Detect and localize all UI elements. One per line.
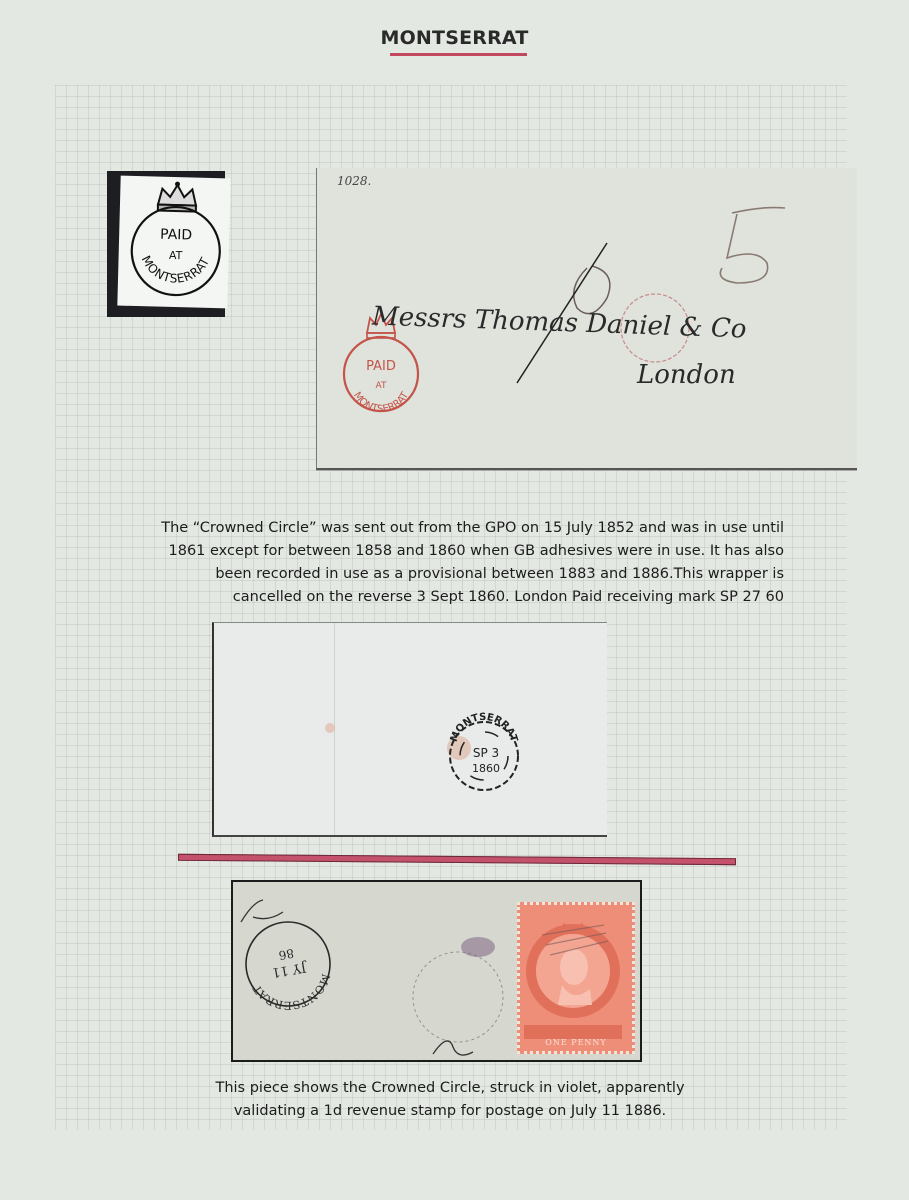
svg-text:1860: 1860 bbox=[472, 762, 500, 775]
description-line: 1861 except for between 1858 and 1860 wh… bbox=[130, 540, 784, 563]
cutout-paper: PAID AT MONTSERRAT bbox=[117, 176, 230, 309]
description-line: cancelled on the reverse 3 Sept 1860. Lo… bbox=[130, 586, 784, 609]
svg-text:PAID: PAID bbox=[160, 227, 192, 244]
cover-back: MONTSERRAT SP 3 1860 bbox=[212, 622, 607, 837]
svg-text:SP 3: SP 3 bbox=[473, 746, 499, 760]
description-text: The “Crowned Circle” was sent out from t… bbox=[130, 517, 784, 609]
crowned-circle-cutout: PAID AT MONTSERRAT bbox=[107, 171, 225, 317]
queen-victoria-portrait bbox=[520, 905, 626, 1045]
svg-text:PAID: PAID bbox=[366, 359, 396, 374]
description-line: been recorded in use as a provisional be… bbox=[130, 563, 784, 586]
revenue-stamp: ONE PENNY bbox=[517, 902, 635, 1054]
svg-text:AT: AT bbox=[376, 381, 387, 391]
address-line-2: London bbox=[637, 360, 736, 390]
svg-text:AT: AT bbox=[169, 249, 183, 262]
description-line: The “Crowned Circle” was sent out from t… bbox=[130, 517, 784, 540]
piece-caption: This piece shows the Crowned Circle, str… bbox=[150, 1077, 750, 1123]
page-title: MONTSERRAT bbox=[0, 27, 909, 49]
title-underline bbox=[390, 53, 527, 56]
back-postmark: MONTSERRAT SP 3 1860 bbox=[214, 623, 607, 835]
stamp-value: ONE PENNY bbox=[520, 1038, 632, 1047]
svg-text:MONTSERRAT: MONTSERRAT bbox=[351, 390, 412, 415]
svg-text:MONTSERRAT: MONTSERRAT bbox=[449, 712, 520, 744]
svg-text:JY 11: JY 11 bbox=[271, 959, 310, 980]
piece-with-stamp: JY 11 86 MONTSERRAT ONE PENNY bbox=[231, 880, 642, 1062]
crowned-circle-illustration: PAID AT MONTSERRAT bbox=[117, 176, 230, 309]
svg-text:86: 86 bbox=[278, 946, 295, 962]
caption-line: This piece shows the Crowned Circle, str… bbox=[150, 1077, 750, 1100]
caption-line: validating a 1d revenue stamp for postag… bbox=[150, 1100, 750, 1123]
cover-front: 1028. PAID AT MONTSERRAT Messrs Thomas D… bbox=[316, 168, 857, 470]
